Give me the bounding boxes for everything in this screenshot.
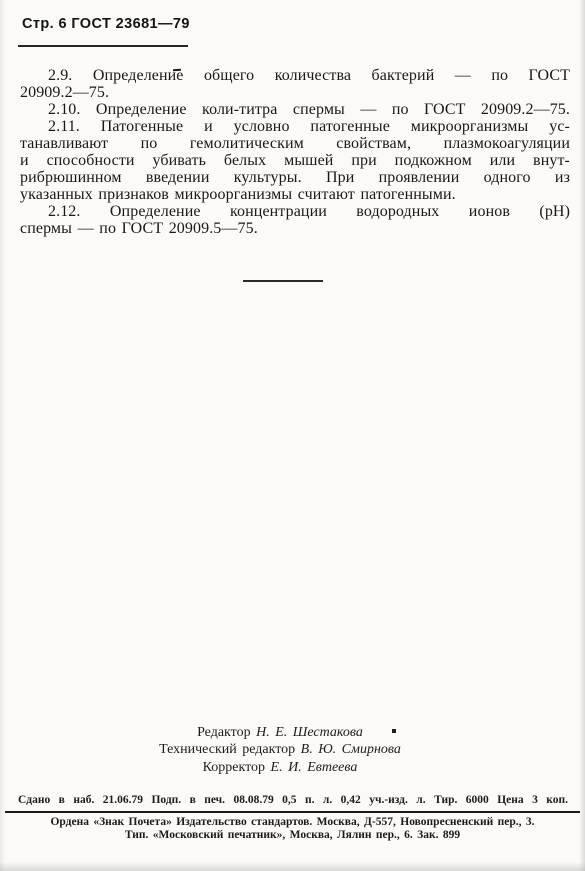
- body-line: 2.10. Определение коли-титра спермы — по…: [20, 101, 570, 118]
- editor-name: Е. И. Евтеева: [271, 760, 358, 775]
- body-line: 20909.2—75.: [20, 84, 570, 101]
- editor-role: Технический редактор: [159, 742, 295, 757]
- header-underline-rule: [18, 45, 188, 47]
- document-page: Стр. 6 ГОСТ 23681—79 2.9. Определение об…: [0, 0, 585, 871]
- body-line: указанных признаков микроорганизмы счита…: [20, 186, 570, 203]
- editor-line: Корректор Е. И. Евтеева: [0, 759, 560, 776]
- editor-name: Н. Е. Шестакова: [256, 725, 363, 740]
- body-line: спермы — по ГОСТ 20909.5—75.: [20, 220, 570, 237]
- body-line: и способности убивать белых мышей при по…: [20, 152, 570, 169]
- body-line: 2.9. Определение общего количества бакте…: [20, 67, 570, 84]
- page-header: Стр. 6 ГОСТ 23681—79: [22, 16, 190, 32]
- editor-line: Технический редактор В. Ю. Смирнова: [0, 741, 560, 758]
- editor-line: Редактор Н. Е. Шестакова: [0, 724, 560, 741]
- body-line: танавливают по гемолитическим свойствам,…: [20, 135, 570, 152]
- editors-block: Редактор Н. Е. Шестакова Технический ред…: [0, 724, 560, 776]
- imprint-line: Сдано в наб. 21.06.79 Подп. в печ. 08.08…: [18, 794, 568, 807]
- publisher-block: Ордена «Знак Почета» Издательство станда…: [0, 816, 585, 842]
- body-line: 2.12. Определение концентрации водородны…: [20, 203, 570, 220]
- editor-role: Корректор: [203, 760, 265, 775]
- scan-speck: [392, 729, 396, 733]
- publisher-line-1: Ордена «Знак Почета» Издательство станда…: [0, 816, 585, 829]
- section-divider-rule: [243, 280, 323, 282]
- body-line: рибрюшинном введении культуры. При прояв…: [20, 169, 570, 186]
- body-line: 2.11. Патогенные и условно патогенные ми…: [20, 118, 570, 135]
- editor-name: В. Ю. Смирнова: [301, 742, 401, 757]
- body-text-block: 2.9. Определение общего количества бакте…: [20, 67, 570, 237]
- footer-rule: [5, 811, 580, 813]
- publisher-line-2: Тип. «Московский печатник», Москва, Ляли…: [0, 829, 585, 842]
- editor-role: Редактор: [197, 725, 251, 740]
